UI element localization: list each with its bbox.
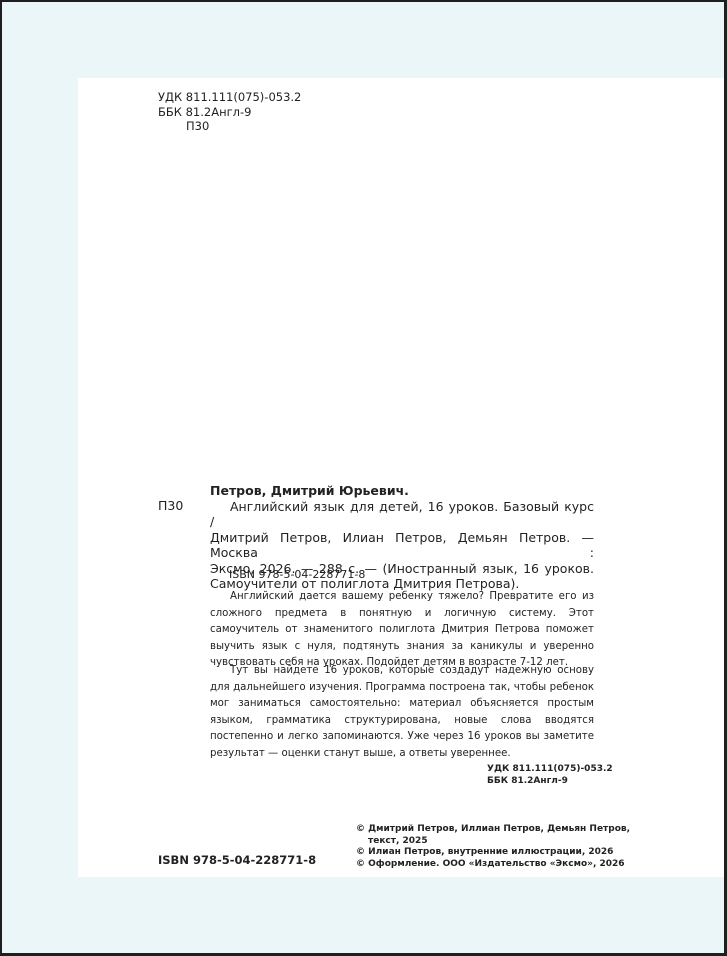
entry-isbn: ISBN 978-5-04-228771-8 [229,568,365,581]
copyright-block: © Дмитрий Петров, Иллиан Петров, Демьян … [356,824,630,870]
entry-author: Петров, Дмитрий Юрьевич. [210,483,594,499]
isbn-bold: ISBN 978-5-04-228771-8 [158,853,316,867]
entry-author-sign: П30 [158,498,183,513]
annotation-text: Английский дается вашему ребенку тяжело?… [210,589,594,672]
annotation-text: Тут вы найдете 16 уроков, которые создад… [210,663,594,762]
book-imprint-page: УДК 811.111(075)-053.2 ББК 81.2Англ-9 П3… [78,78,724,877]
entry-description-line: Английский язык для детей, 16 уроков. Ба… [210,499,594,530]
document-viewport[interactable]: УДК 811.111(075)-053.2 ББК 81.2Англ-9 П3… [2,2,724,953]
copyright-line: © Илиан Петров, внутренние иллюстрации, … [356,847,630,859]
top-classification: УДК 811.111(075)-053.2 ББК 81.2Англ-9 П3… [158,90,301,134]
author-sign: П30 [158,119,301,134]
bottom-classification: УДК 811.111(075)-053.2 ББК 81.2Англ-9 [487,764,613,787]
udk-code: УДК 811.111(075)-053.2 [487,764,613,776]
bbk-code: ББК 81.2Англ-9 [487,776,613,788]
annotation-paragraph-1: Английский дается вашему ребенку тяжело?… [210,589,594,672]
copyright-line: © Дмитрий Петров, Иллиан Петров, Демьян … [356,824,630,836]
entry-description-line: Дмитрий Петров, Илиан Петров, Демьян Пет… [210,530,594,561]
annotation-paragraph-2: Тут вы найдете 16 уроков, которые создад… [210,663,594,762]
copyright-line: текст, 2025 [356,836,630,848]
copyright-line: © Оформление. ООО «Издательство «Эксмо»,… [356,859,630,871]
bbk-code: ББК 81.2Англ-9 [158,105,301,120]
udk-code: УДК 811.111(075)-053.2 [158,90,301,105]
